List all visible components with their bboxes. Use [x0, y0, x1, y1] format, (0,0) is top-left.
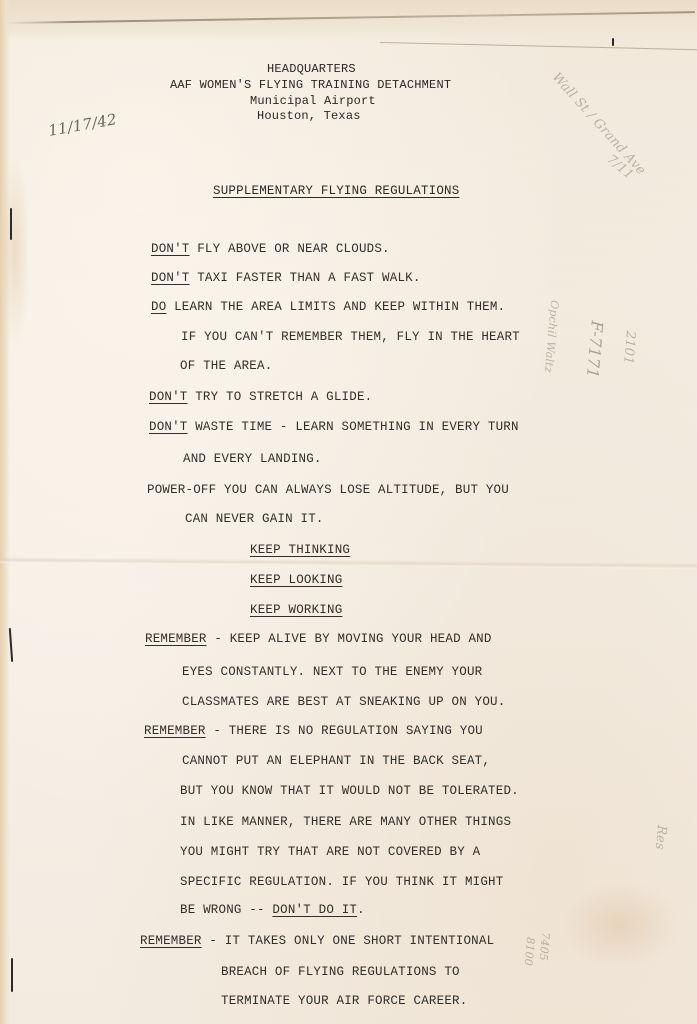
regulation-line: DO LEARN THE AREA LIMITS AND KEEP WITHIN… [151, 300, 505, 314]
letterhead-line-3: Municipal Airport [250, 94, 376, 108]
regulation-lead: DON'T [149, 390, 188, 404]
remember-line: BE WRONG -- DON'T DO IT. [180, 903, 365, 917]
remember-lead: REMEMBER [145, 632, 207, 646]
letterhead-line-1: HEADQUARTERS [267, 62, 356, 76]
remember-line: TERMINATE YOUR AIR FORCE CAREER. [221, 994, 467, 1008]
remember-line: CANNOT PUT AN ELEPHANT IN THE BACK SEAT, [182, 754, 490, 768]
regulation-line: POWER-OFF YOU CAN ALWAYS LOSE ALTITUDE, … [147, 483, 509, 497]
remember-line: CLASSMATES ARE BEST AT SNEAKING UP ON YO… [182, 695, 505, 709]
margin-note-pencil: Wall St / Grand Ave [549, 70, 649, 178]
motto-keep-looking: KEEP LOOKING [250, 573, 342, 587]
remember-lead: REMEMBER [140, 934, 202, 948]
margin-note-pencil: F-7171 [583, 320, 607, 379]
margin-note-pencil: Res [652, 825, 669, 851]
regulation-lead: DO [151, 300, 166, 314]
remember-line: EYES CONSTANTLY. NEXT TO THE ENEMY YOUR [182, 665, 482, 679]
dont-do-it-emphasis: DON'T DO IT [272, 903, 357, 917]
remember-line: IN LIKE MANNER, THERE ARE MANY OTHER THI… [180, 815, 511, 829]
document: HEADQUARTERS AAF WOMEN'S FLYING TRAINING… [0, 0, 697, 1024]
regulation-lead: DON'T [151, 242, 190, 256]
handwritten-date: 11/17/42 [47, 110, 118, 140]
margin-note-pencil: Opchil Waltz [542, 300, 561, 374]
letterhead-line-2: AAF WOMEN'S FLYING TRAINING DETACHMENT [170, 78, 451, 92]
margin-note-pencil: 2101 [620, 330, 638, 365]
regulation-line: DON'T FLY ABOVE OR NEAR CLOUDS. [151, 242, 390, 256]
motto-keep-working: KEEP WORKING [250, 603, 342, 617]
remember-line: REMEMBER - KEEP ALIVE BY MOVING YOUR HEA… [145, 632, 492, 646]
remember-line: REMEMBER - THERE IS NO REGULATION SAYING… [144, 724, 483, 738]
regulation-line: AND EVERY LANDING. [183, 452, 322, 466]
regulation-line: OF THE AREA. [180, 359, 272, 373]
remember-line: YOU MIGHT TRY THAT ARE NOT COVERED BY A [180, 845, 480, 859]
motto-keep-thinking: KEEP THINKING [250, 543, 350, 557]
letterhead-line-4: Houston, Texas [257, 109, 361, 123]
regulation-lead: DON'T [151, 271, 190, 285]
regulation-line: IF YOU CAN'T REMEMBER THEM, FLY IN THE H… [181, 330, 520, 344]
remember-lead: REMEMBER [144, 724, 206, 738]
remember-line: REMEMBER - IT TAKES ONLY ONE SHORT INTEN… [140, 934, 494, 948]
remember-line: BUT YOU KNOW THAT IT WOULD NOT BE TOLERA… [180, 784, 519, 798]
remember-line: SPECIFIC REGULATION. IF YOU THINK IT MIG… [180, 875, 503, 889]
regulation-line: DON'T TAXI FASTER THAN A FAST WALK. [151, 271, 421, 285]
regulation-line: DON'T TRY TO STRETCH A GLIDE. [149, 390, 372, 404]
remember-line: BREACH OF FLYING REGULATIONS TO [221, 965, 460, 979]
margin-note-pencil: 7405 [537, 932, 552, 962]
margin-note-pencil: 8100 [522, 937, 537, 967]
regulation-lead: DON'T [149, 420, 188, 434]
document-title: SUPPLEMENTARY FLYING REGULATIONS [213, 184, 459, 198]
regulation-line: CAN NEVER GAIN IT. [185, 512, 324, 526]
regulation-line: DON'T WASTE TIME - LEARN SOMETHING IN EV… [149, 420, 519, 434]
